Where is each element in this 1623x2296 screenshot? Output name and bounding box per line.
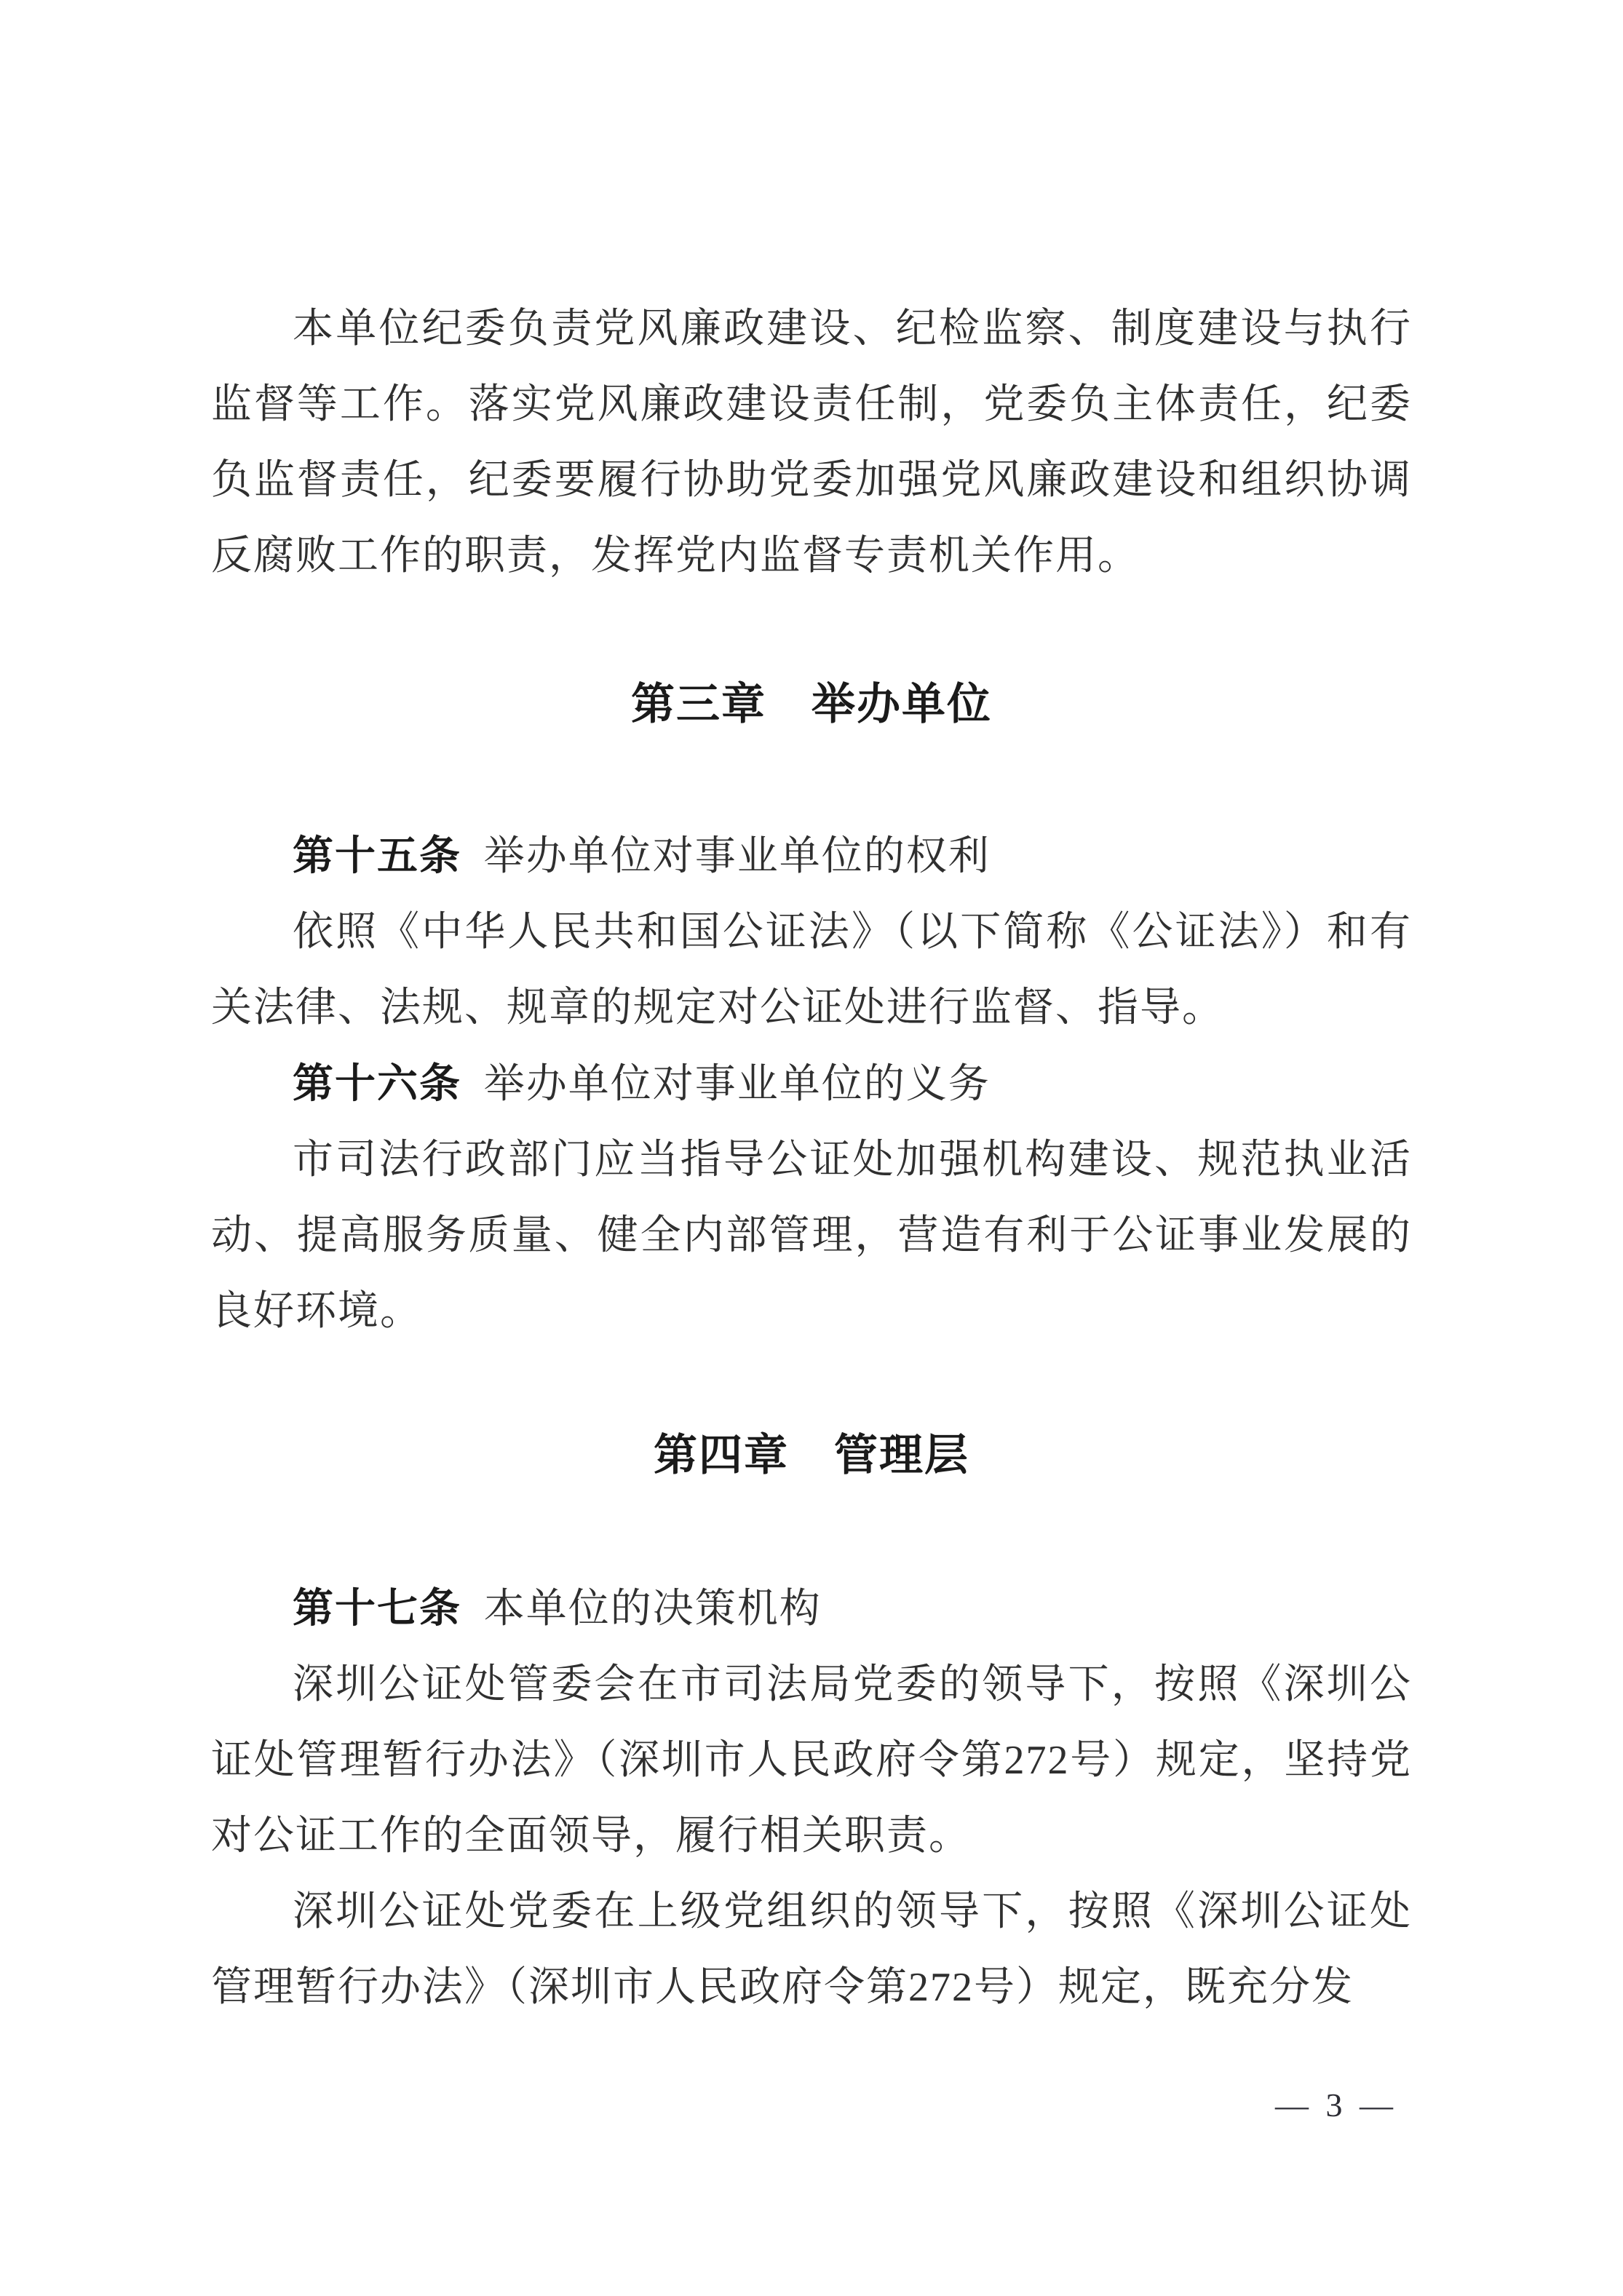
document-page: 本单位纪委负责党风廉政建设、纪检监察、制度建设与执行监督等工作。落实党风廉政建设… [0,0,1623,2296]
intro-paragraph: 本单位纪委负责党风廉政建设、纪检监察、制度建设与执行监督等工作。落实党风廉政建设… [211,291,1412,594]
article-17-title: 本单位的决策机构 [484,1586,822,1632]
article-16-heading-line: 第十六条举办单位对事业单位的义务 [211,1046,1412,1122]
chapter-4-heading: 第四章 管理层 [211,1418,1412,1493]
chapter-3-body: 第十五条举办单位对事业单位的权利 依照《中华人民共和国公证法》（以下简称《公证法… [211,818,1412,1349]
page-content: 本单位纪委负责党风廉政建设、纪检监察、制度建设与执行监督等工作。落实党风廉政建设… [211,0,1412,2127]
article-15-paragraph: 依照《中华人民共和国公证法》（以下简称《公证法》）和有关法律、法规、规章的规定对… [211,894,1412,1046]
article-15-title: 举办单位对事业单位的权利 [484,834,991,879]
article-17-number: 第十七条 [293,1585,461,1631]
article-17-paragraph-1: 深圳公证处管委会在市司法局党委的领导下，按照《深圳公证处管理暂行办法》（深圳市人… [211,1647,1412,1874]
article-16-paragraph: 市司法行政部门应当指导公证处加强机构建设、规范执业活动、提高服务质量、健全内部管… [211,1122,1412,1349]
article-16-title: 举办单位对事业单位的义务 [484,1062,991,1107]
page-number: — 3 — [211,2084,1397,2127]
article-16-number: 第十六条 [293,1060,461,1106]
chapter-4-body: 第十七条本单位的决策机构 深圳公证处管委会在市司法局党委的领导下，按照《深圳公证… [211,1570,1412,2025]
article-15-number: 第十五条 [293,833,461,878]
article-15-heading-line: 第十五条举办单位对事业单位的权利 [211,818,1412,894]
article-17-heading-line: 第十七条本单位的决策机构 [211,1570,1412,1647]
chapter-3-heading: 第三章 举办单位 [211,667,1412,742]
article-17-paragraph-2: 深圳公证处党委在上级党组织的领导下，按照《深圳公证处管理暂行办法》（深圳市人民政… [211,1874,1412,2025]
